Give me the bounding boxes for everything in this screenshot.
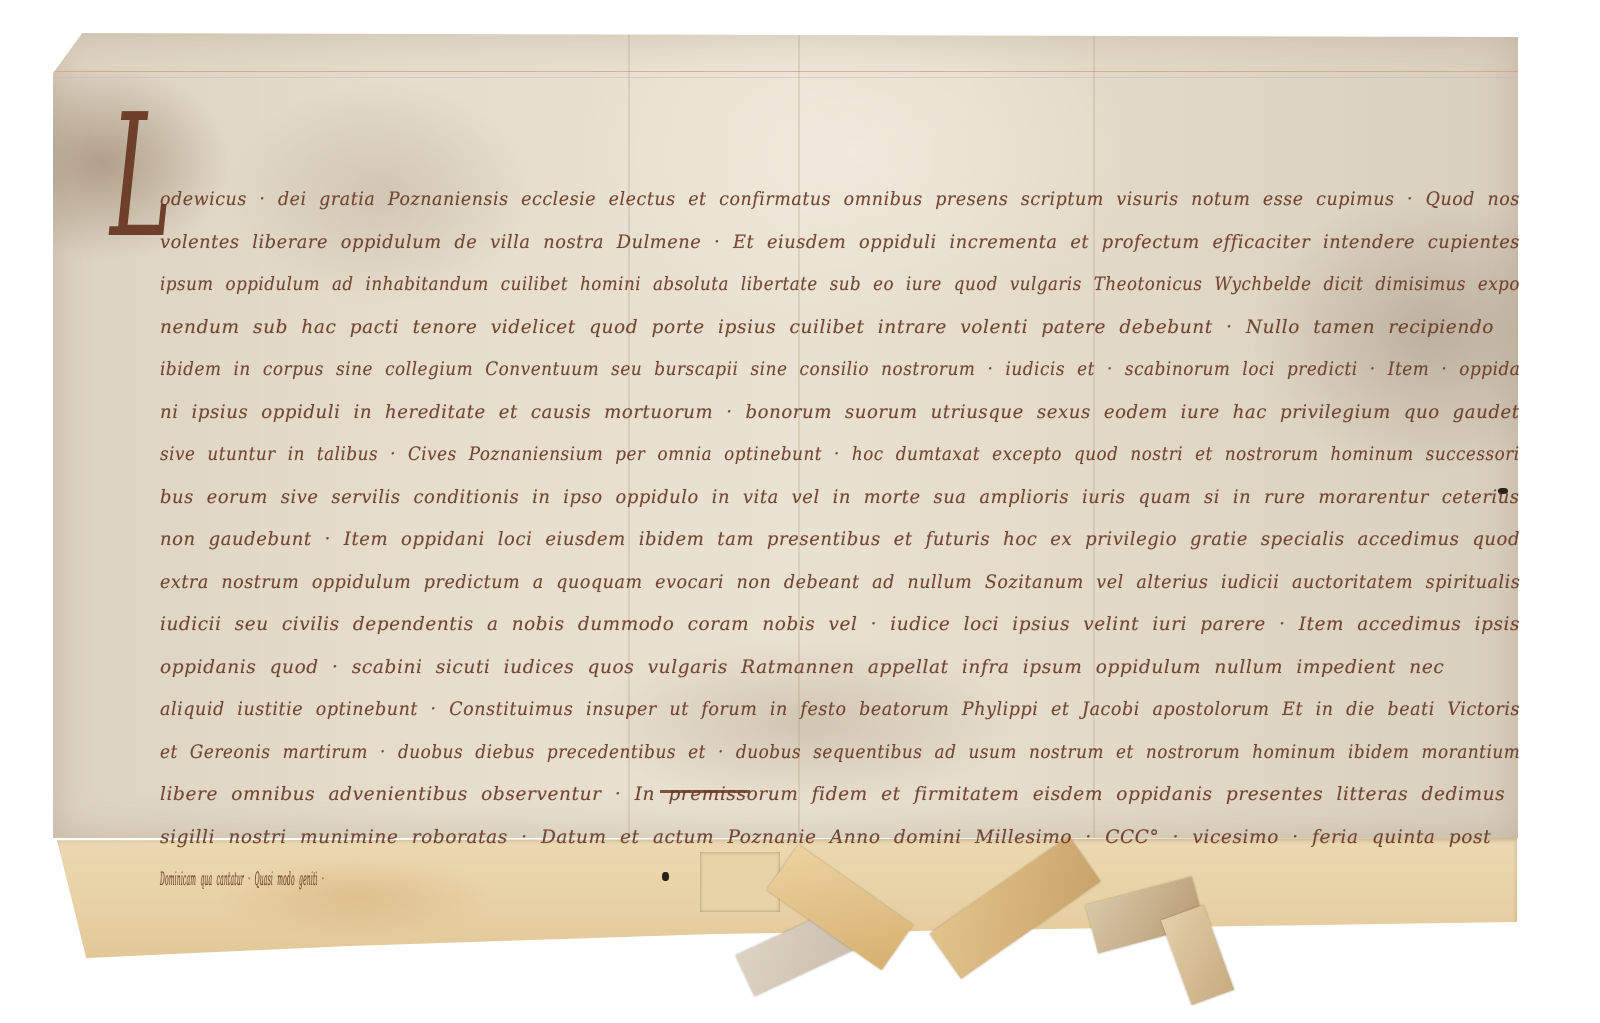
text-line: nendum sub hac pacti tenore videlicet qu…	[160, 306, 1520, 349]
text-line: extra nostrum oppidulum predictum a quoq…	[160, 561, 1444, 604]
text-line: ibidem in corpus sine collegium Conventu…	[160, 348, 1396, 391]
charter-image: L odewicus · dei gratia Poznaniensis ecc…	[0, 0, 1600, 1023]
text-line: libere omnibus advenientibus observentur…	[160, 773, 1520, 816]
ruling-line	[53, 77, 1518, 78]
text-line: oppidanis quod · scabini sicuti iudices …	[160, 646, 1520, 689]
text-line: ipsum oppidulum ad inhabitandum cuilibet…	[160, 263, 1381, 306]
text-line: ni ipsius oppiduli in hereditate et caus…	[160, 391, 1488, 434]
charter-text: odewicus · dei gratia Poznaniensis eccle…	[160, 178, 1555, 901]
text-line: bus eorum sive servilis conditionis in i…	[160, 476, 1473, 519]
closing-line-filler	[660, 790, 750, 793]
text-line: Dominicam qua cantatur · Quasi modo geni…	[160, 858, 600, 901]
text-line: et Gereonis martirum · duobus diebus pre…	[160, 731, 1396, 774]
text-line: sive utuntur in talibus · Cives Poznanie…	[160, 433, 1389, 476]
text-line: aliquid iustitie optinebunt · Constituim…	[160, 688, 1444, 731]
text-line: iudicii seu civilis dependentis a nobis …	[160, 603, 1511, 646]
ruling-line	[53, 71, 1518, 72]
text-line: non gaudebunt · Item oppidani loci eiusd…	[160, 518, 1481, 561]
text-line: odewicus · dei gratia Poznaniensis eccle…	[160, 178, 1440, 221]
text-line: sigilli nostri munimine roboratas · Datu…	[160, 816, 1520, 859]
text-line: volentes liberare oppidulum de villa nos…	[160, 221, 1463, 264]
